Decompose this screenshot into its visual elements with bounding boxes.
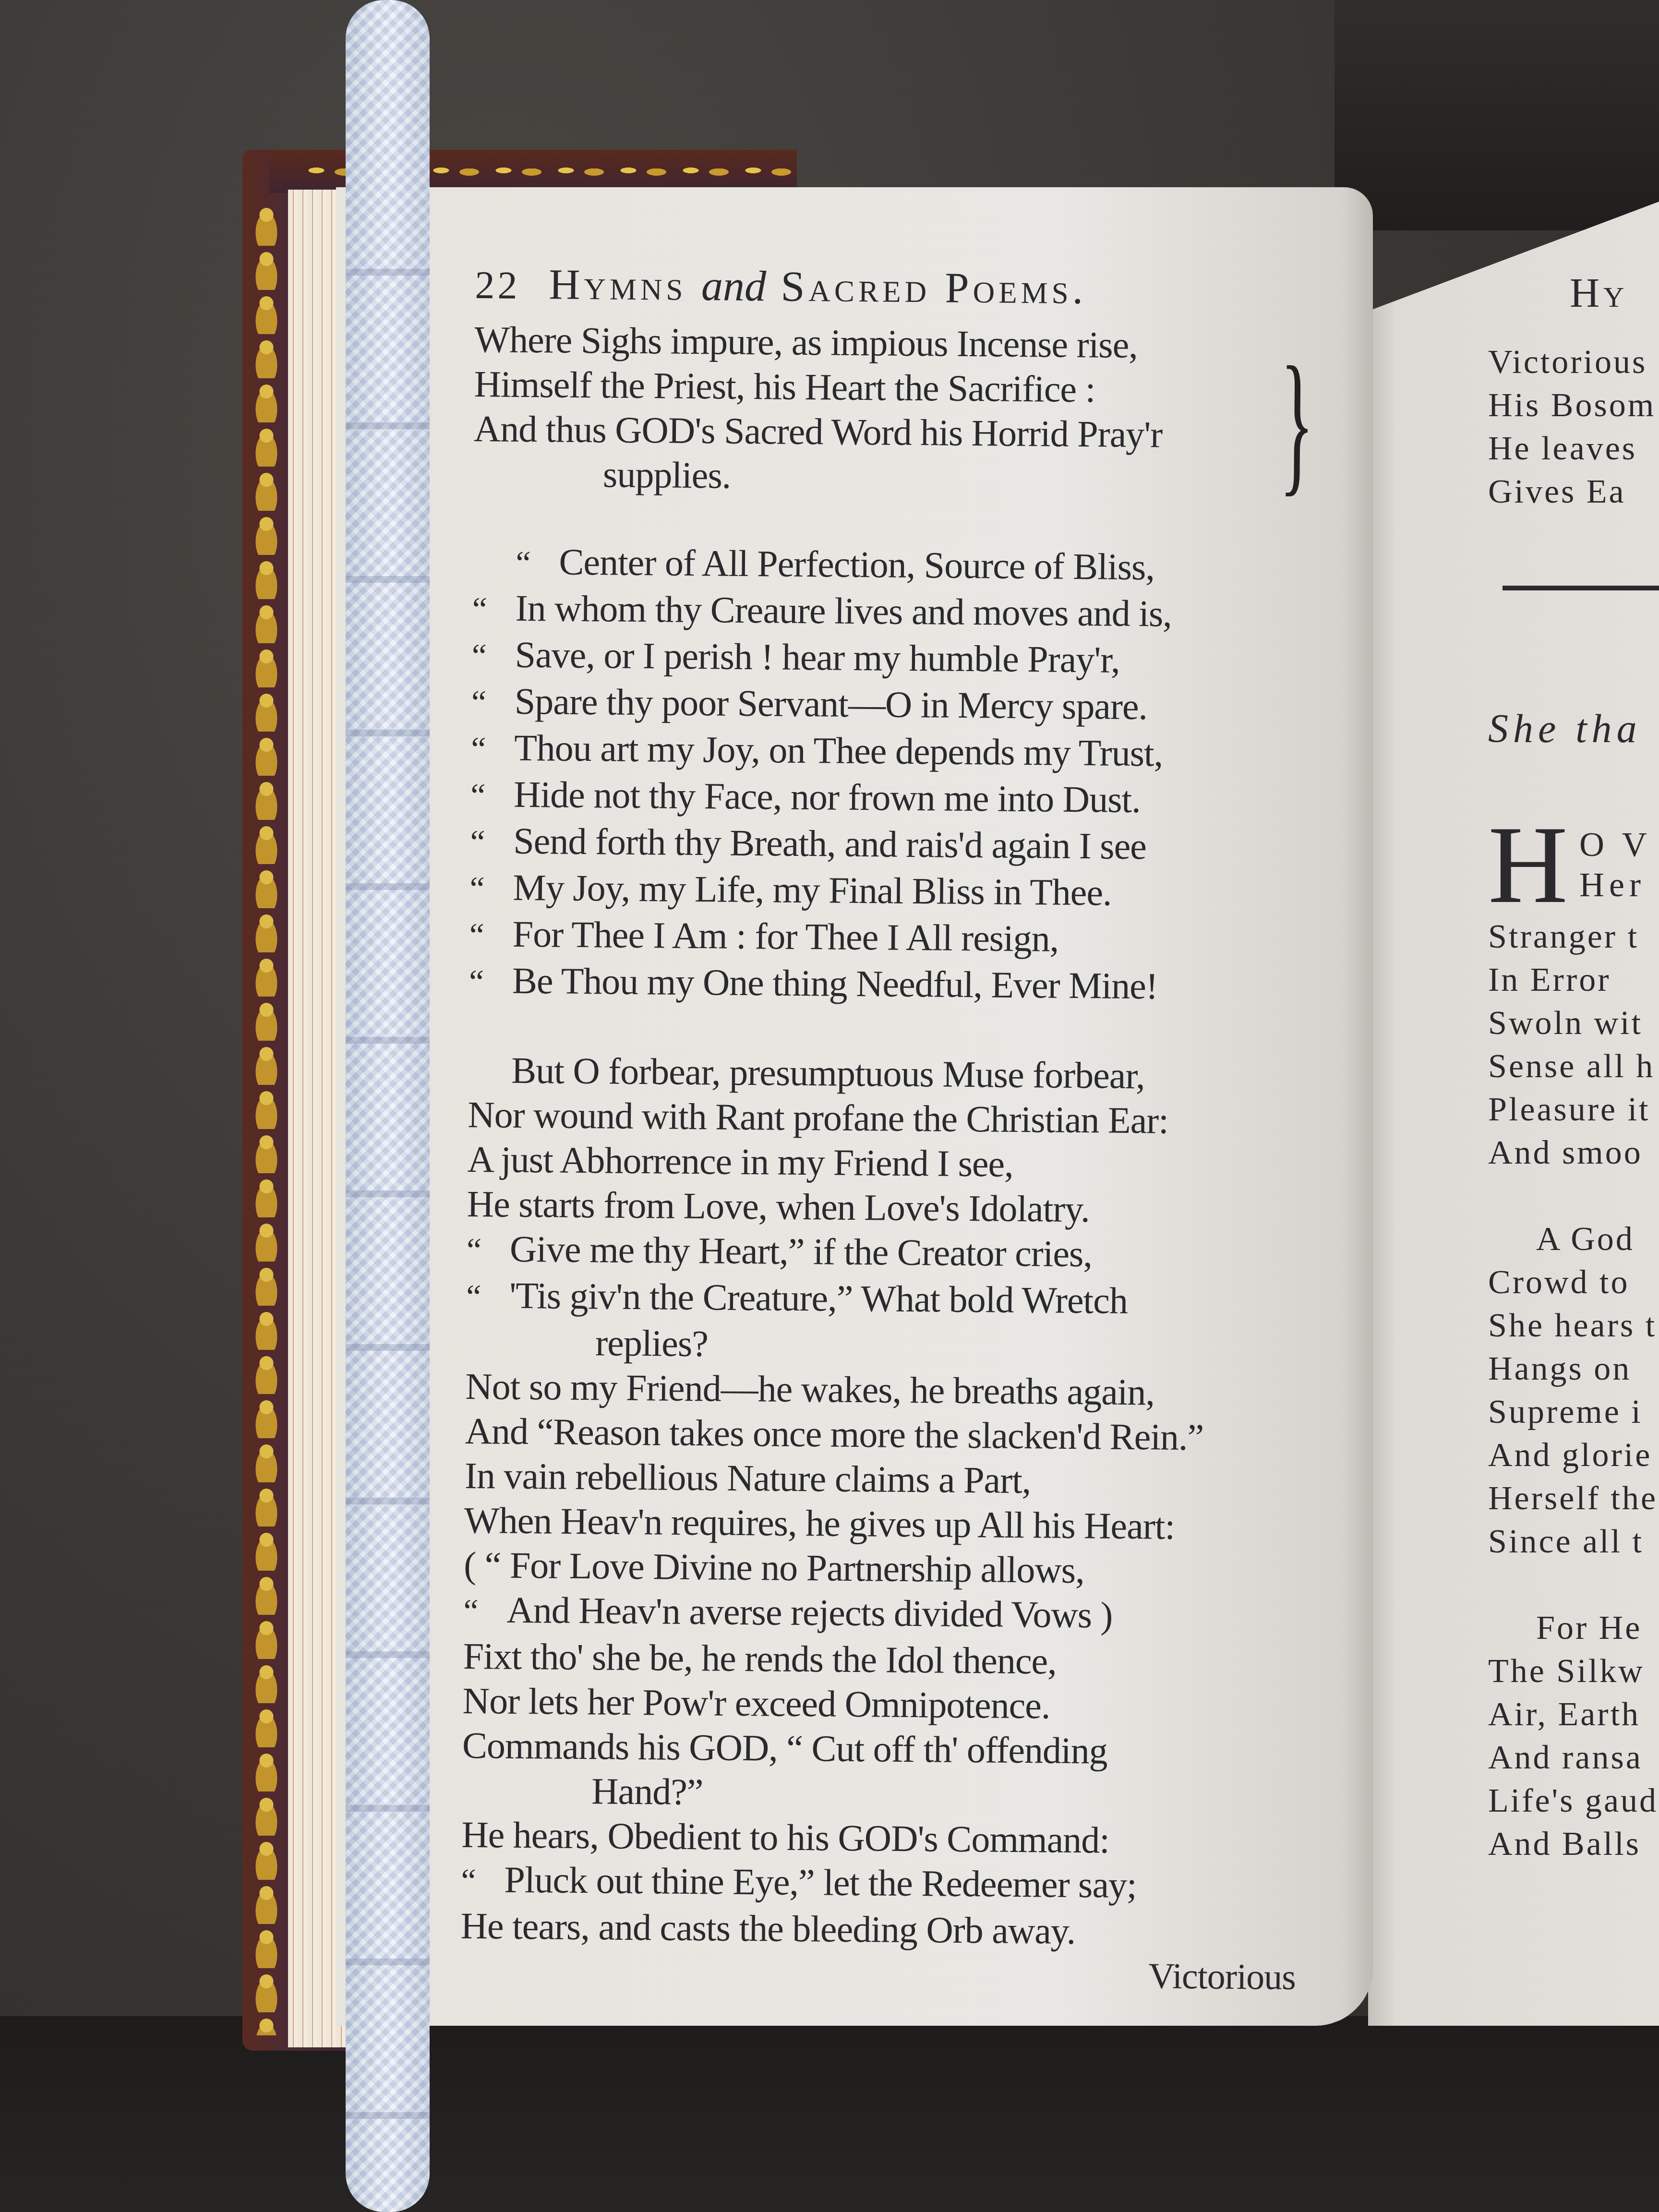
- quote-mark: “: [467, 1228, 510, 1273]
- background-shadow: [1334, 0, 1659, 230]
- verse-line: “Send forth thy Breath, and rais'd again…: [470, 818, 1315, 872]
- verse-line: And thus GOD's Sacred Word his Horrid Pr…: [474, 406, 1319, 458]
- verse-line: Gives Ea: [1488, 470, 1659, 514]
- gilt-tooling-icon: [250, 202, 283, 2035]
- verse-line: Since all t: [1488, 1520, 1659, 1563]
- verse-line: “Be Thou my One thing Needful, Ever Mine…: [469, 958, 1314, 1011]
- verse-line: “In whom thy Creaure lives and moves and…: [472, 585, 1317, 639]
- verse-line: A just Abhorrence in my Friend I see,: [467, 1137, 1312, 1189]
- verse-line: He hears, Obedient to his GOD's Command:: [461, 1812, 1307, 1864]
- quote-mark: “: [463, 1589, 507, 1634]
- verse-line: Swoln wit: [1488, 1002, 1659, 1045]
- quote-mark: “: [461, 1859, 505, 1904]
- verse-line: “Thou art my Joy, on Thee depends my Tru…: [471, 725, 1316, 779]
- verse-text: Center of All Perfection, Source of Blis…: [559, 541, 1154, 588]
- quote-mark: “: [471, 727, 515, 772]
- quote-mark: “: [469, 913, 513, 958]
- verse-line-runover: replies?: [466, 1319, 1311, 1371]
- verse-line: In vain rebellious Nature claims a Part,: [464, 1453, 1310, 1505]
- verse-line: Crowd to: [1488, 1261, 1659, 1304]
- verse-line: When Heav'n requires, he gives up All hi…: [464, 1498, 1310, 1550]
- verse-line: And “Reason takes once more the slacken'…: [465, 1408, 1310, 1460]
- triplet-brace-icon: }: [1279, 343, 1314, 502]
- quote-mark: “: [469, 960, 512, 1005]
- page-number: 22: [475, 263, 520, 308]
- verse-text: And Heav'n averse rejects divided Vows ): [506, 1589, 1113, 1636]
- verse-line: In Error: [1488, 959, 1659, 1002]
- verse-line: Commands his GOD, “ Cut off th' offendin…: [462, 1723, 1308, 1775]
- section-subhead: She tha: [1488, 706, 1659, 752]
- verse-line: “Center of All Perfection, Source of Bli…: [472, 539, 1318, 592]
- verse-line: And ransa: [1488, 1736, 1659, 1779]
- verse-line: Nor lets her Pow'r exceed Omnipotence.: [462, 1678, 1308, 1730]
- verse-line: She hears t: [1488, 1304, 1659, 1347]
- verse-line: “Hide not thy Face, nor frown me into Du…: [470, 771, 1316, 825]
- verse-line: Life's gaud: [1488, 1779, 1659, 1823]
- verse-line: A God: [1488, 1218, 1659, 1261]
- verse-line: “Pluck out thine Eye,” let the Redeemer …: [461, 1857, 1306, 1911]
- verse-line: He starts from Love, when Love's Idolatr…: [467, 1181, 1312, 1233]
- verse-line: Air, Earth: [1488, 1693, 1659, 1736]
- drop-cap-lines: O V Her: [1579, 824, 1652, 915]
- verse-line: But O forbear, presumptuous Muse forbear…: [468, 1047, 1313, 1099]
- section-rule: [1503, 586, 1659, 590]
- verse-text: Pluck out thine Eye,” let the Redeemer s…: [504, 1859, 1137, 1906]
- verse-line: Himself the Priest, his Heart the Sacrif…: [474, 361, 1319, 413]
- verse-text: My Joy, my Life, my Final Bliss in Thee.: [513, 866, 1112, 914]
- verse-line: Stranger t: [1488, 915, 1659, 959]
- verse-line: And glorie: [1488, 1434, 1659, 1477]
- verse-line: He leaves: [1488, 427, 1659, 470]
- quote-mark: “: [471, 680, 515, 725]
- right-running-head: Hy: [1488, 269, 1659, 341]
- verse-line: The Silkw: [1488, 1650, 1659, 1693]
- verse-text: For Thee I Am : for Thee I All resign,: [512, 913, 1058, 960]
- running-title: Hymns and Sacred Poems.: [549, 260, 1087, 314]
- verse-text: Send forth thy Breath, and rais'd again …: [513, 820, 1146, 867]
- quote-mark: “: [469, 866, 513, 912]
- right-page-text: Hy Victorious His Bosom He leaves Gives …: [1488, 269, 1659, 1866]
- verse-line: Pleasure it: [1488, 1088, 1659, 1131]
- verse-text: Spare thy poor Servant—O in Mercy spare.: [515, 680, 1148, 727]
- verse-line-runover: Hand?”: [462, 1767, 1307, 1819]
- verse-line: ( “ For Love Divine no Partnership allow…: [464, 1542, 1309, 1594]
- verse-text: 'Tis giv'n the Creature,” What bold Wret…: [509, 1274, 1128, 1322]
- verse-line: “Spare thy poor Servant—O in Mercy spare…: [471, 678, 1317, 732]
- verse-text: Thou art my Joy, on Thee depends my Trus…: [514, 727, 1163, 774]
- verse-line: Where Sighs impure, as impious Incense r…: [474, 317, 1320, 369]
- bookmark-ribbon[interactable]: [346, 0, 430, 2212]
- running-title-hymns: Hymns: [549, 261, 687, 310]
- quote-mark: “: [471, 634, 515, 679]
- verse-line: Not so my Friend—he wakes, he breaths ag…: [465, 1364, 1310, 1416]
- verse-text: Hide not thy Face, nor frown me into Dus…: [514, 773, 1141, 820]
- quote-mark: “: [470, 773, 514, 818]
- verse-text: Save, or I perish ! hear my humble Pray'…: [515, 634, 1120, 681]
- verse-line: Herself the: [1488, 1477, 1659, 1520]
- quote-mark: “: [472, 587, 516, 632]
- running-title-and: and: [701, 262, 767, 310]
- running-title-sacred-poems: Sacred Poems.: [781, 263, 1087, 313]
- quote-mark: “: [516, 541, 559, 586]
- verse-text: Give me thy Heart,” if the Creator cries…: [510, 1228, 1093, 1275]
- verse-line: Sense all h: [1488, 1045, 1659, 1088]
- verse-line: For He: [1488, 1607, 1659, 1650]
- verse-line: He tears, and casts the bleeding Orb awa…: [460, 1903, 1306, 1955]
- verse-line: Victorious: [1488, 341, 1659, 384]
- verse-line: “Save, or I perish ! hear my humble Pray…: [471, 632, 1317, 685]
- verse-line: And smoo: [1488, 1131, 1659, 1175]
- catchword: Victorious: [460, 1948, 1305, 2000]
- verse-line: “My Joy, my Life, my Final Bliss in Thee…: [469, 865, 1315, 918]
- drop-cap: H: [1488, 824, 1579, 915]
- left-page-text: 22 Hymns and Sacred Poems. Where Sighs i…: [460, 259, 1320, 2000]
- verse-line: Supreme i: [1488, 1391, 1659, 1434]
- verse-line: O V: [1579, 824, 1652, 865]
- verse-line: Her: [1579, 865, 1652, 905]
- quote-mark: “: [470, 820, 514, 865]
- verse-line: “And Heav'n averse rejects divided Vows …: [463, 1587, 1309, 1641]
- running-head: 22 Hymns and Sacred Poems.: [475, 259, 1320, 324]
- verse-line-runover: supplies.: [473, 451, 1319, 503]
- verse-line: “Give me thy Heart,” if the Creator crie…: [467, 1226, 1312, 1280]
- drop-cap-block: H O V Her: [1488, 824, 1659, 915]
- verse-line: “'Tis giv'n the Creature,” What bold Wre…: [466, 1273, 1311, 1326]
- verse-line: His Bosom: [1488, 384, 1659, 427]
- verse-line: Fixt tho' she be, he rends the Idol then…: [463, 1634, 1308, 1685]
- quote-mark: “: [466, 1274, 510, 1320]
- verse-line: And Balls: [1488, 1823, 1659, 1866]
- verse-line: “For Thee I Am : for Thee I All resign,: [469, 911, 1314, 965]
- verse-text: In whom thy Creaure lives and moves and …: [515, 587, 1172, 635]
- triplet-group: Where Sighs impure, as impious Incense r…: [473, 317, 1320, 503]
- verse-line: Hangs on: [1488, 1347, 1659, 1391]
- verse-text: Be Thou my One thing Needful, Ever Mine!: [512, 960, 1158, 1007]
- verse-line: Nor wound with Rant profane the Christia…: [468, 1092, 1313, 1144]
